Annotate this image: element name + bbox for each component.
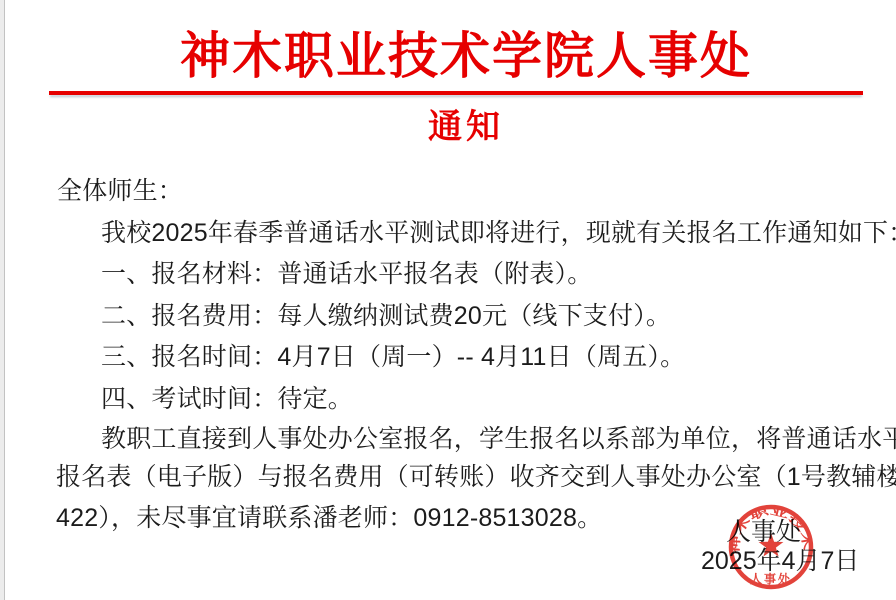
- notice-heading: 通知: [18, 108, 896, 148]
- item-4-exam-time-line: 四、考试时间：待定。: [101, 384, 353, 414]
- document-title: 神木职业技术学院人事处: [18, 27, 896, 85]
- item-2-fee-line: 二、报名费用：每人缴纳测试费20元（线下支付）。: [101, 301, 671, 331]
- closing-paragraph-line-2: 报名表（电子版）与报名费用（可转账）收齐交到人事处办公室（1号教辅楼: [56, 462, 896, 492]
- page-left-edge: [0, 0, 5, 600]
- item-1-materials-line: 一、报名材料：普通话水平报名表（附表）。: [101, 259, 593, 289]
- red-divider-rule: [49, 91, 863, 95]
- closing-paragraph-line-1: 教职工直接到人事处办公室报名，学生报名以系部为单位，将普通话水平: [101, 424, 896, 454]
- notice-document-page: 神木职业技术学院人事处 通知 全体师生： 我校2025年春季普通话水平测试即将进…: [0, 0, 896, 600]
- seal-star-icon: [759, 533, 784, 557]
- salutation-line: 全体师生：: [57, 176, 183, 206]
- item-3-registration-time-line: 三、报名时间：4月7日（周一）-- 4月11日（周五）。: [101, 342, 685, 372]
- seal-bottom-text: 人事处: [750, 571, 792, 586]
- official-seal: 神木职业技术学院 人事处: [725, 501, 817, 593]
- closing-paragraph-line-3: 422），未尽事宜请联系潘老师：0912-8513028。: [56, 503, 602, 533]
- intro-paragraph-line: 我校2025年春季普通话水平测试即将进行，现就有关报名工作通知如下：: [101, 218, 896, 248]
